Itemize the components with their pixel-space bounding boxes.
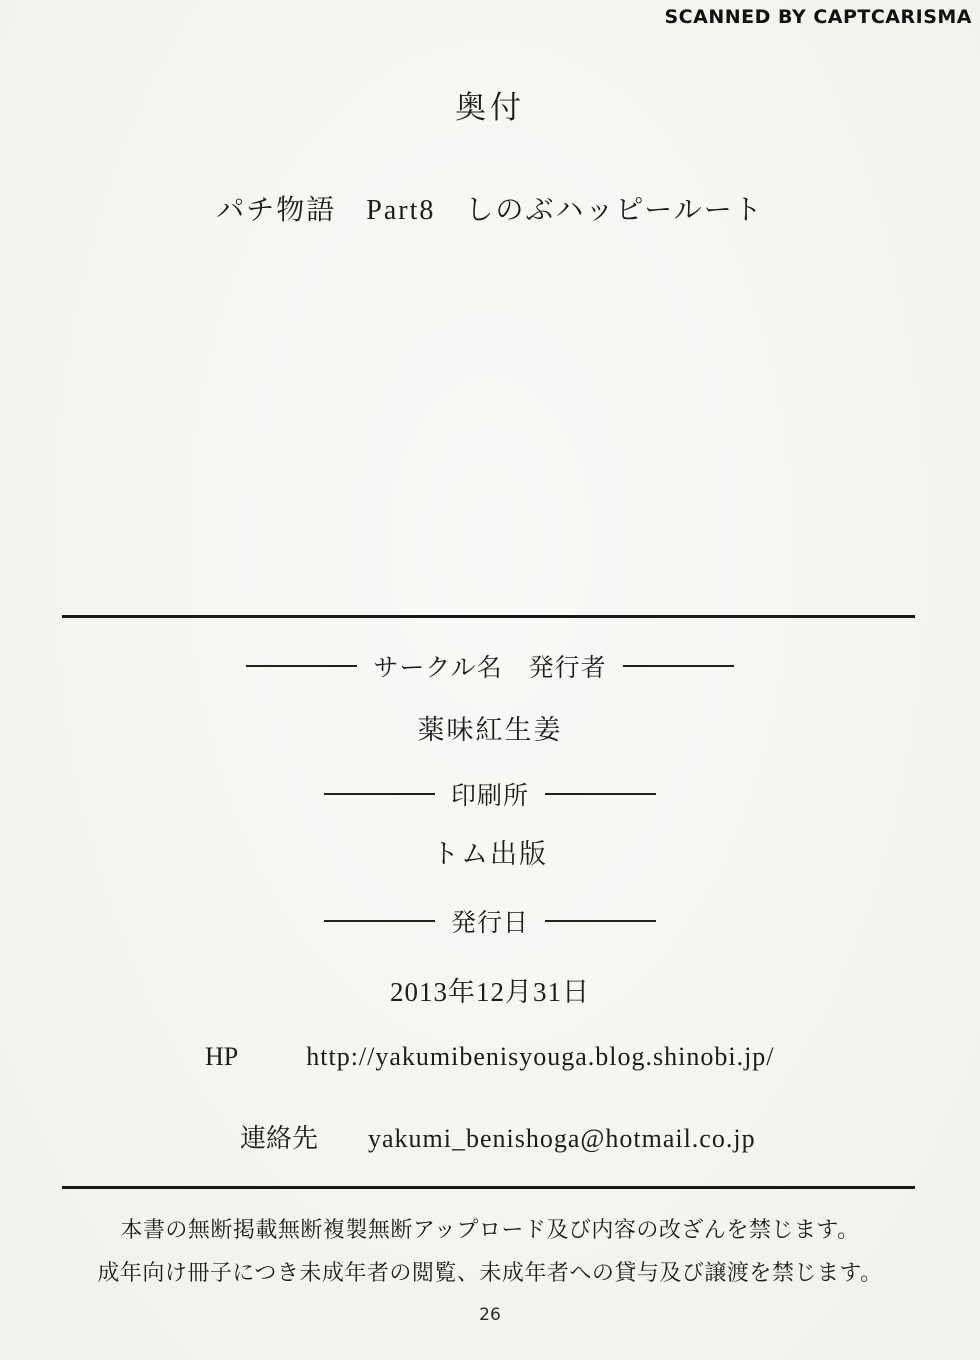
disclaimer-line-1: 本書の無断掲載無断複製無断アップロード及び内容の改ざんを禁じます。 <box>0 1213 980 1244</box>
circle-publisher-label: サークル名 発行者 <box>373 648 606 684</box>
scanner-credit: SCANNED BY CAPTCARISMA <box>665 6 973 28</box>
printer-value: トム出版 <box>0 832 980 871</box>
page-number: 26 <box>0 1305 980 1325</box>
page-heading: 奥付 <box>0 82 980 127</box>
divider-rule-top <box>62 615 915 618</box>
homepage-label: HP <box>205 1042 238 1072</box>
divider-rule-bottom <box>62 1186 915 1189</box>
publication-date-value: 2013年12月31日 <box>0 970 980 1009</box>
label-rule-right <box>623 665 734 667</box>
homepage-url: http://yakumibenisyouga.blog.shinobi.jp/ <box>306 1042 774 1072</box>
section-publication-date: 発行日 <box>0 903 980 939</box>
contact-label: 連絡先 <box>240 1118 318 1155</box>
label-rule-left <box>246 665 357 667</box>
contact-row: 連絡先 yakumi_benishoga@hotmail.co.jp <box>240 1118 756 1155</box>
section-circle-publisher: サークル名 発行者 <box>0 648 980 684</box>
scanned-colophon-page: SCANNED BY CAPTCARISMA 奥付 パチ物語 Part8 しのぶ… <box>0 0 980 1360</box>
publication-date-label: 発行日 <box>451 903 529 939</box>
contact-email: yakumi_benishoga@hotmail.co.jp <box>368 1124 756 1154</box>
homepage-row: HP http://yakumibenisyouga.blog.shinobi.… <box>205 1042 775 1072</box>
label-rule-left <box>324 920 435 922</box>
label-rule-right <box>545 793 656 795</box>
label-rule-right <box>545 920 656 922</box>
label-rule-left <box>324 793 435 795</box>
book-title: パチ物語 Part8 しのぶハッピールート <box>0 188 980 228</box>
printer-label: 印刷所 <box>451 776 529 812</box>
disclaimer-line-2: 成年向け冊子につき未成年者の閲覧、未成年者への貸与及び譲渡を禁じます。 <box>0 1256 980 1287</box>
circle-publisher-value: 薬味紅生姜 <box>0 708 980 747</box>
section-printer: 印刷所 <box>0 776 980 812</box>
